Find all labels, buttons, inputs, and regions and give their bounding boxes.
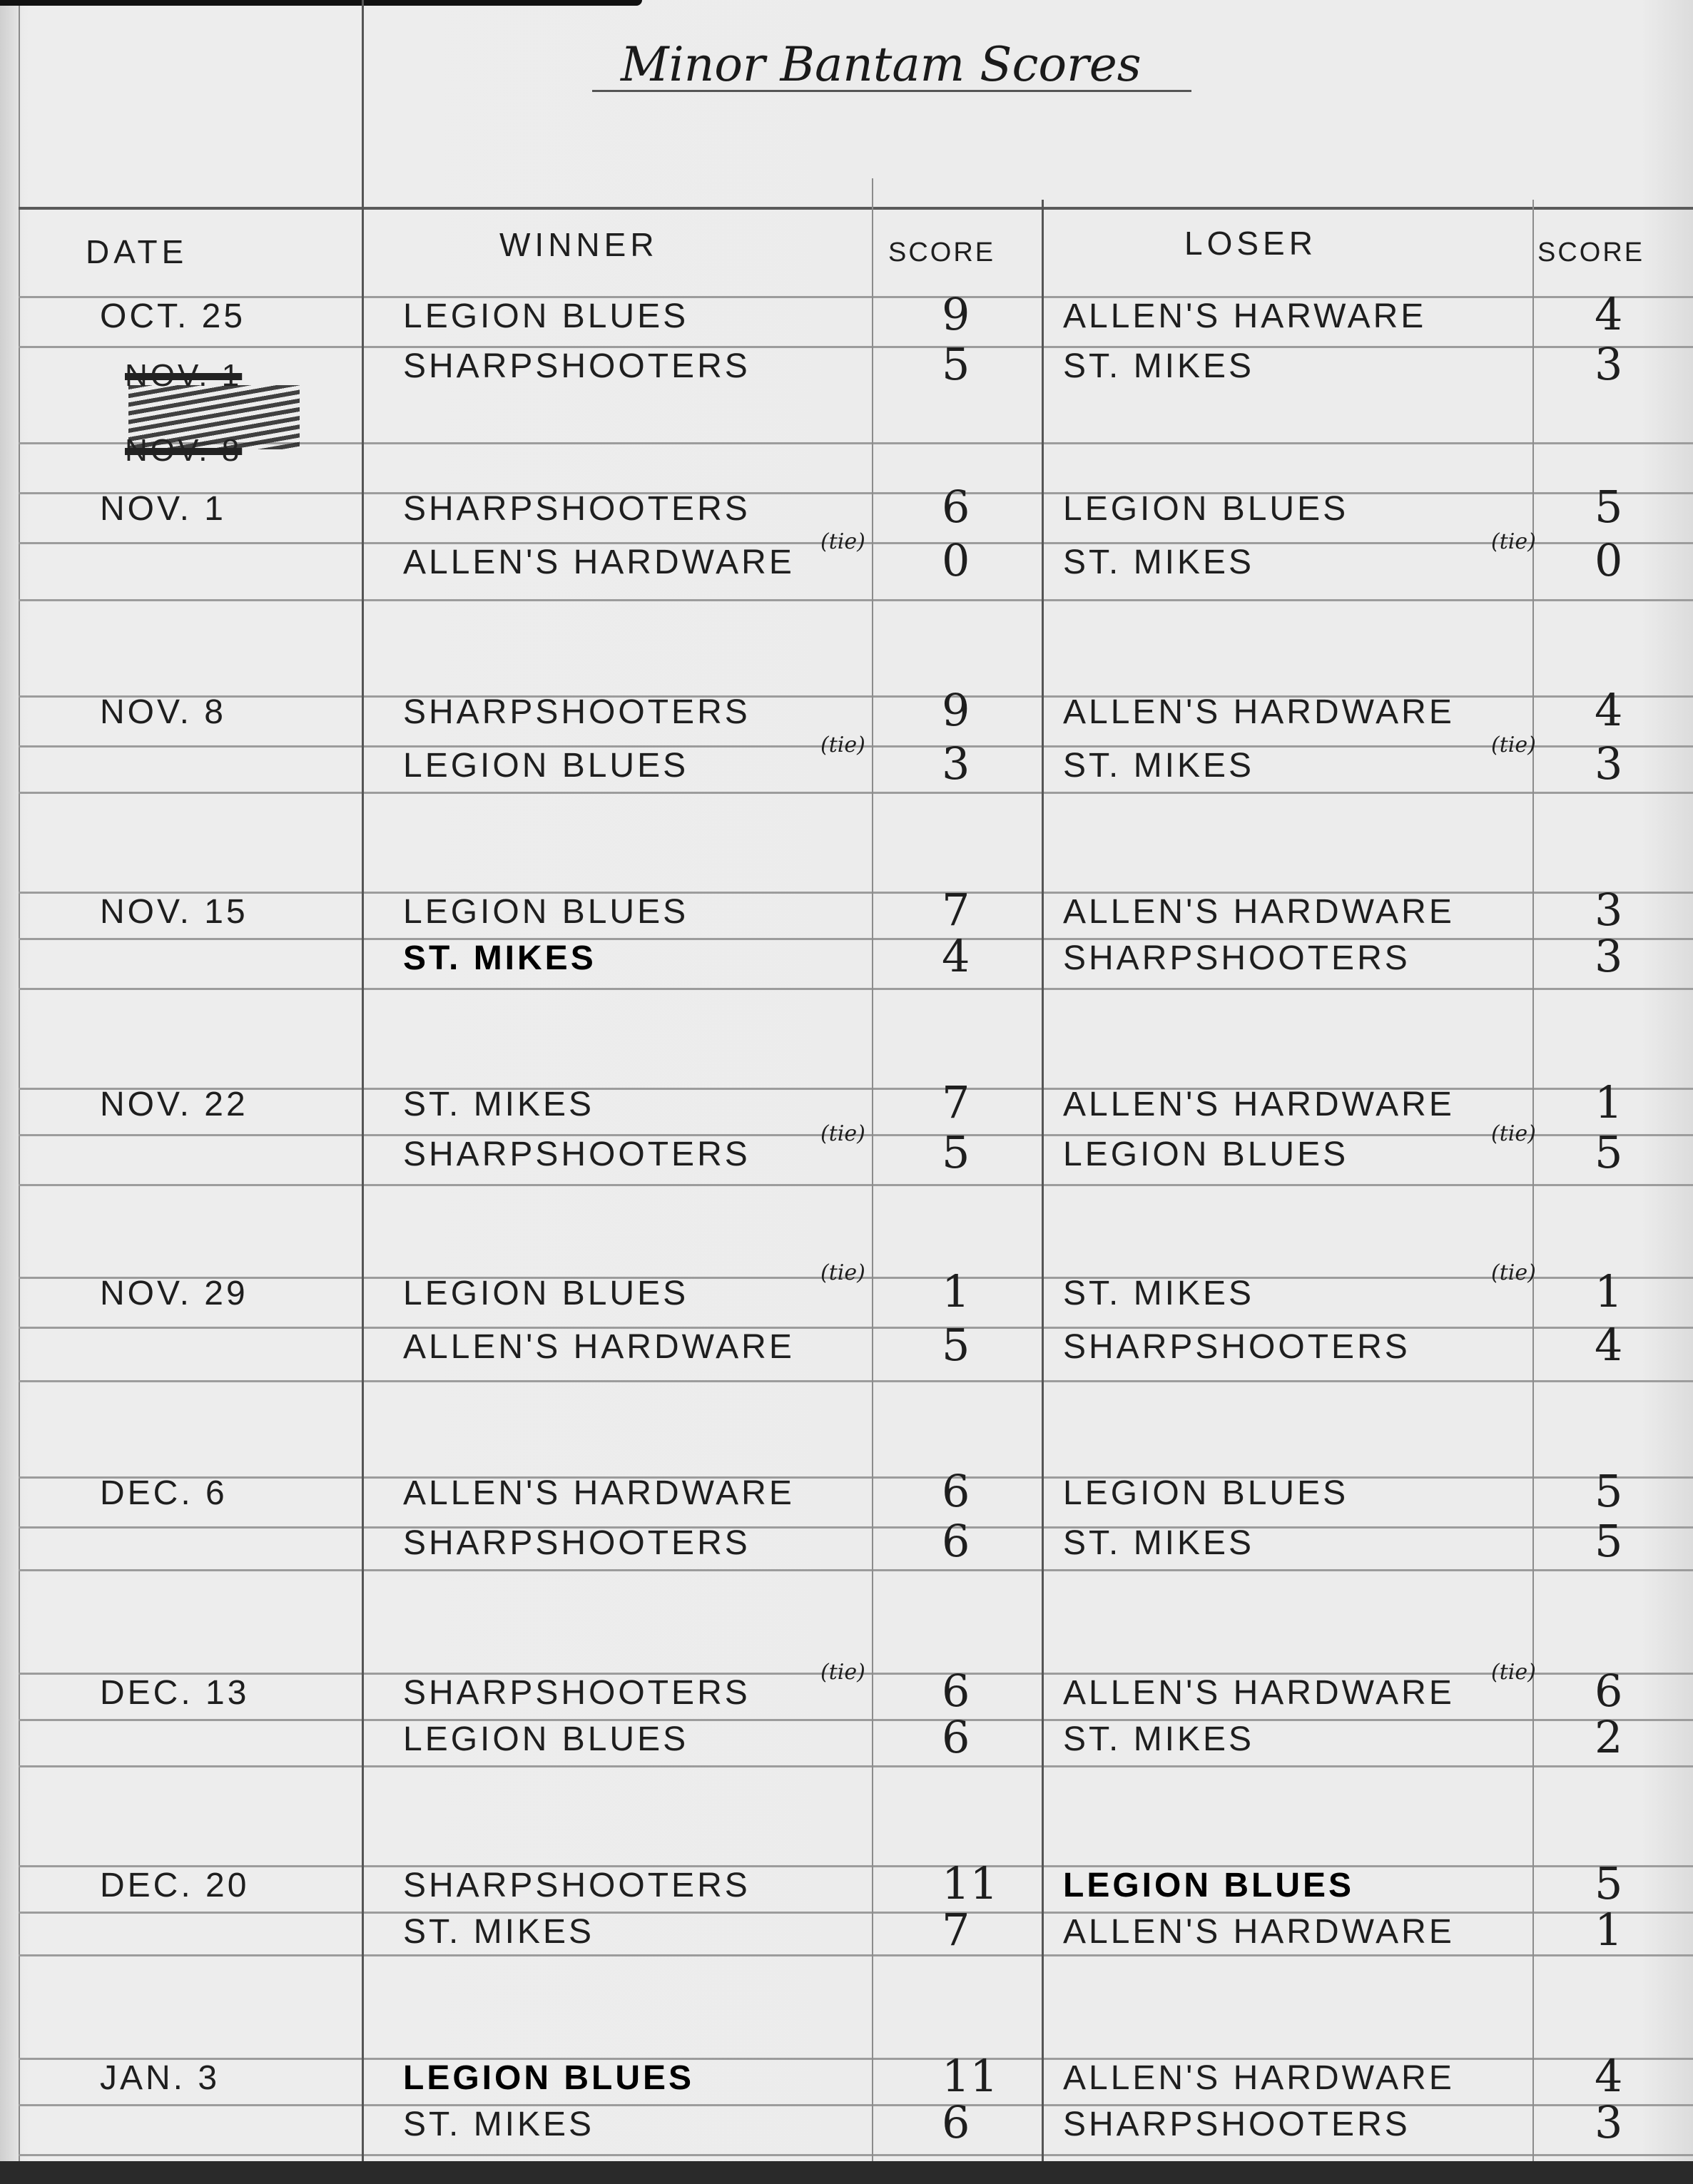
ruled-line (19, 1476, 1693, 1479)
winner-score: 6 (942, 1715, 970, 1760)
winner-name: SHARPSHOOTERS (403, 1676, 751, 1710)
ruled-line (19, 1954, 1693, 1956)
winner-score: 11 (942, 1862, 998, 1906)
loser-name: ALLEN'S HARDWARE (1063, 1915, 1455, 1949)
loser-name: ST. MIKES (1063, 1723, 1254, 1757)
ruled-line (19, 1184, 1693, 1186)
winner-score: 9 (942, 292, 970, 337)
ruled-line (19, 2104, 1693, 2106)
winner-name: LEGION BLUES (403, 749, 688, 783)
loser-score: 0 (1595, 539, 1622, 583)
ledger-page: Minor Bantam Scores DATE WINNER SCORE LO… (0, 0, 1693, 2184)
winner-score: 9 (942, 688, 970, 733)
loser-score: 3 (1595, 342, 1622, 387)
loser-score: 3 (1595, 934, 1622, 979)
column-divider (362, 0, 364, 2161)
loser-score: 6 (1595, 1669, 1622, 1713)
winner-score: 4 (942, 934, 970, 979)
ruled-line (19, 792, 1693, 794)
winner-score: 7 (942, 1081, 970, 1125)
ruled-line (19, 492, 1693, 494)
game-date: OCT. 25 (100, 300, 245, 334)
winner-tie-note: (tie) (820, 735, 865, 756)
loser-name: ST. MIKES (1063, 1277, 1254, 1311)
loser-score: 4 (1595, 292, 1622, 337)
loser-name: LEGION BLUES (1063, 1869, 1354, 1903)
loser-tie-note: (tie) (1491, 1123, 1536, 1145)
winner-score: 6 (942, 1519, 970, 1563)
column-header-winner: WINNER (499, 228, 659, 261)
page-title: Minor Bantam Scores (621, 37, 1191, 92)
loser-name: ST. MIKES (1063, 749, 1254, 783)
ruled-line (19, 1719, 1693, 1721)
loser-score: 1 (1595, 1270, 1622, 1314)
winner-name: ALLEN'S HARDWARE (403, 1330, 795, 1364)
winner-name: SHARPSHOOTERS (403, 349, 751, 384)
page-bottom-edge (0, 2161, 1693, 2184)
column-divider (1042, 200, 1044, 2161)
loser-score: 3 (1595, 2101, 1622, 2145)
winner-tie-note: (tie) (820, 1262, 865, 1284)
game-date: DEC. 13 (100, 1676, 249, 1710)
winner-score: 11 (942, 2054, 998, 2098)
winner-name: ALLEN'S HARDWARE (403, 1476, 795, 1511)
winner-score: 7 (942, 1908, 970, 1952)
winner-name: LEGION BLUES (403, 895, 688, 929)
ruled-line (19, 1327, 1693, 1329)
game-date: NOV. 22 (100, 1088, 248, 1122)
ruled-line (19, 1380, 1693, 1382)
crossed-out-date: NOV. 8 (125, 435, 242, 466)
loser-score: 5 (1595, 1131, 1622, 1175)
loser-score: 4 (1595, 1323, 1622, 1367)
winner-score: 6 (942, 1469, 970, 1514)
winner-name: LEGION BLUES (403, 2061, 694, 2096)
game-date: DEC. 6 (100, 1476, 228, 1511)
ruled-line (19, 1569, 1693, 1571)
column-header-winner-score: SCORE (888, 239, 995, 266)
loser-score: 1 (1595, 1908, 1622, 1952)
ruled-line (19, 1765, 1693, 1767)
loser-tie-note: (tie) (1491, 1662, 1536, 1683)
winner-score: 6 (942, 1669, 970, 1713)
column-divider (1532, 200, 1534, 2161)
loser-name: ALLEN'S HARDWARE (1063, 895, 1455, 929)
title-underline (592, 90, 1191, 92)
winner-tie-note: (tie) (820, 531, 865, 553)
loser-score: 3 (1595, 742, 1622, 786)
ruled-line (19, 988, 1693, 990)
winner-score: 0 (942, 539, 970, 583)
loser-score: 3 (1595, 888, 1622, 932)
winner-name: SHARPSHOOTERS (403, 1138, 751, 1172)
ruled-line (19, 296, 1693, 298)
game-date: NOV. 1 (100, 492, 226, 526)
game-date: NOV. 8 (100, 695, 226, 730)
loser-name: ST. MIKES (1063, 1526, 1254, 1561)
winner-name: SHARPSHOOTERS (403, 695, 751, 730)
loser-score: 5 (1595, 1862, 1622, 1906)
game-date: JAN. 3 (100, 2061, 220, 2096)
ruled-line (19, 346, 1693, 348)
ruled-line (19, 2154, 1693, 2156)
column-header-loser-score: SCORE (1537, 239, 1644, 266)
ruled-line (19, 1526, 1693, 1529)
winner-score: 6 (942, 2101, 970, 2145)
loser-name: ALLEN'S HARDWARE (1063, 1676, 1455, 1710)
loser-score: 2 (1595, 1715, 1622, 1760)
loser-score: 1 (1595, 1081, 1622, 1125)
loser-tie-note: (tie) (1491, 1262, 1536, 1284)
loser-score: 5 (1595, 1469, 1622, 1514)
winner-name: SHARPSHOOTERS (403, 1869, 751, 1903)
loser-name: LEGION BLUES (1063, 492, 1348, 526)
loser-tie-note: (tie) (1491, 735, 1536, 756)
winner-score: 5 (942, 342, 970, 387)
winner-name: LEGION BLUES (403, 1723, 688, 1757)
loser-name: ST. MIKES (1063, 546, 1254, 580)
winner-score: 6 (942, 485, 970, 529)
winner-name: LEGION BLUES (403, 300, 688, 334)
game-date: DEC. 20 (100, 1869, 249, 1903)
winner-tie-note: (tie) (820, 1123, 865, 1145)
ruled-line (19, 1865, 1693, 1867)
loser-name: ALLEN'S HARDWARE (1063, 695, 1455, 730)
loser-name: SHARPSHOOTERS (1063, 942, 1410, 976)
winner-score: 3 (942, 742, 970, 786)
winner-tie-note: (tie) (820, 1662, 865, 1683)
winner-name: LEGION BLUES (403, 1277, 688, 1311)
loser-name: SHARPSHOOTERS (1063, 1330, 1410, 1364)
winner-score: 1 (942, 1270, 970, 1314)
ruled-line (19, 599, 1693, 601)
winner-name: ST. MIKES (403, 1915, 594, 1949)
loser-name: ALLEN'S HARWARE (1063, 300, 1426, 334)
game-date: NOV. 29 (100, 1277, 248, 1311)
loser-score: 4 (1595, 688, 1622, 733)
column-header-loser: LOSER (1184, 227, 1317, 260)
column-divider (872, 178, 873, 2161)
ruled-line (19, 938, 1693, 940)
game-date: NOV. 15 (100, 895, 248, 929)
winner-name: ST. MIKES (403, 1088, 594, 1122)
winner-name: ST. MIKES (403, 942, 596, 976)
winner-name: ST. MIKES (403, 2108, 594, 2142)
loser-name: LEGION BLUES (1063, 1138, 1348, 1172)
ruled-line (19, 207, 1693, 210)
loser-tie-note: (tie) (1491, 531, 1536, 553)
loser-name: ST. MIKES (1063, 349, 1254, 384)
winner-score: 5 (942, 1323, 970, 1367)
loser-name: ALLEN'S HARDWARE (1063, 1088, 1455, 1122)
loser-score: 4 (1595, 2054, 1622, 2098)
loser-score: 5 (1595, 1519, 1622, 1563)
loser-score: 5 (1595, 485, 1622, 529)
page-top-edge (0, 0, 642, 6)
winner-score: 7 (942, 888, 970, 932)
notebook-binding (0, 0, 20, 2161)
column-header-date: DATE (86, 235, 188, 268)
winner-name: ALLEN'S HARDWARE (403, 546, 795, 580)
winner-score: 5 (942, 1131, 970, 1175)
loser-name: ALLEN'S HARDWARE (1063, 2061, 1455, 2096)
loser-name: LEGION BLUES (1063, 1476, 1348, 1511)
winner-name: SHARPSHOOTERS (403, 492, 751, 526)
winner-name: SHARPSHOOTERS (403, 1526, 751, 1561)
loser-name: SHARPSHOOTERS (1063, 2108, 1410, 2142)
